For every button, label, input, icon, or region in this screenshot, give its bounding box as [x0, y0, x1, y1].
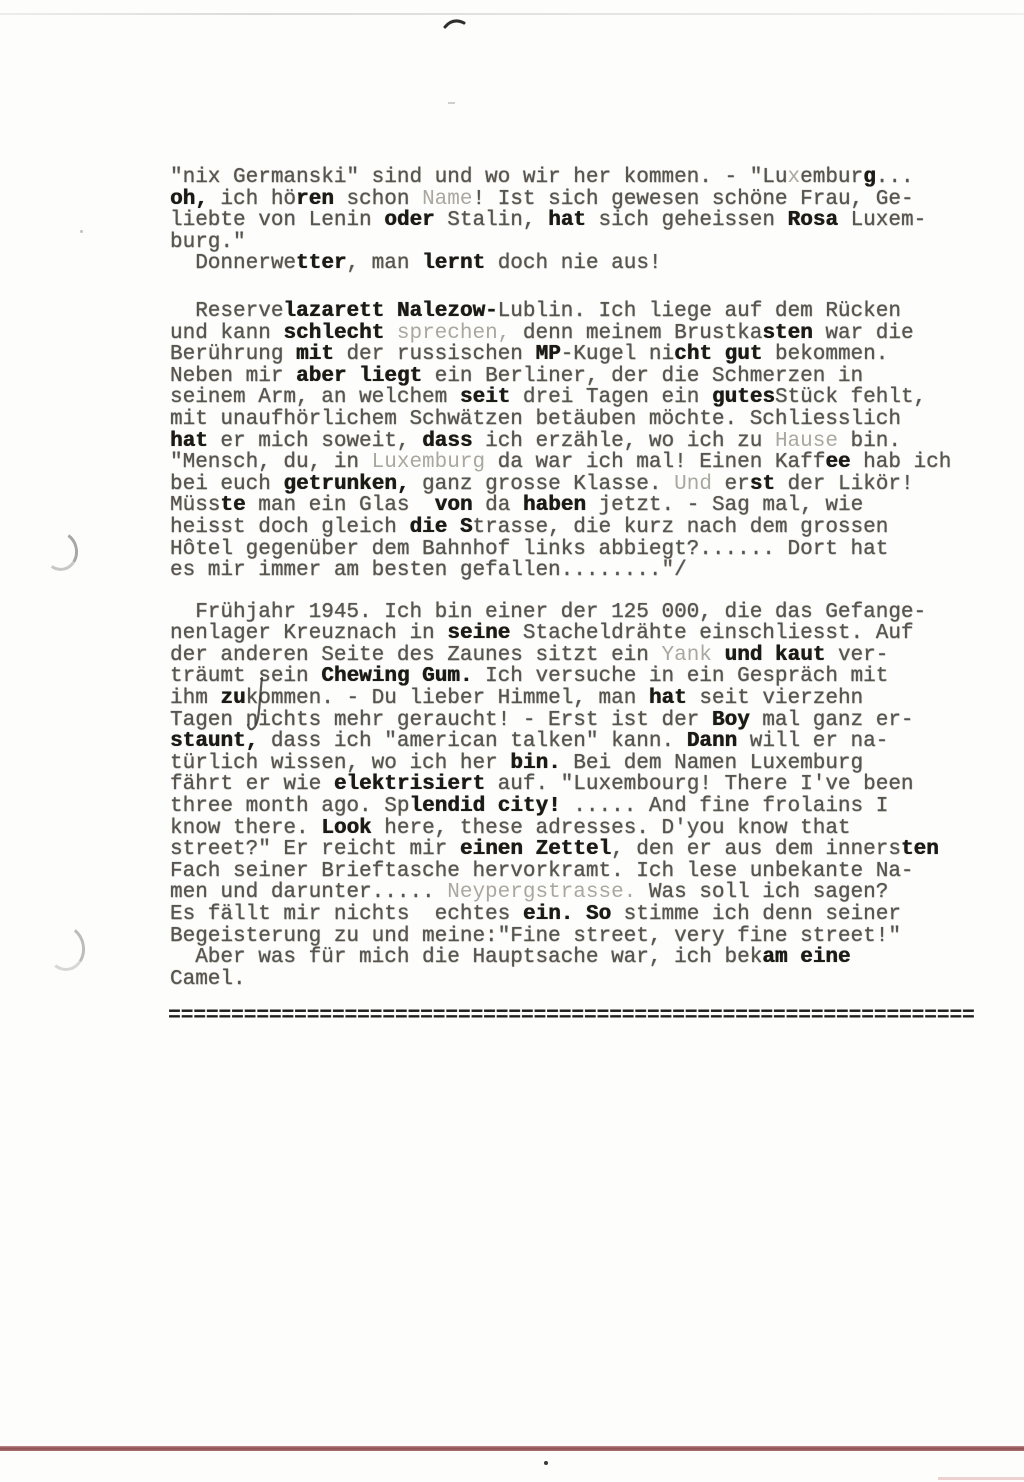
text-segment: drei Tagen ein	[510, 386, 712, 409]
text-segment: ein Berliner, der die Schmerzen in	[422, 365, 863, 388]
text-line: know there. Look here, these adresses. D…	[170, 818, 980, 840]
text-segment: nenlager Kreuznach in	[170, 622, 447, 645]
text-segment: "nix Germanski" sind und wo wir her komm…	[170, 166, 788, 189]
text-segment: ren	[296, 188, 334, 211]
text-segment: ten	[901, 838, 939, 861]
paragraph: Frühjahr 1945. Ich bin einer der 125 000…	[170, 602, 980, 991]
punch-hole-mark	[41, 922, 88, 974]
paragraph: Reservelazarett Nalezow-Lublin. Ich lieg…	[170, 301, 980, 582]
text-segment: ich erzähle, wo ich zu	[472, 430, 774, 453]
text-segment: heisst doch gleich	[170, 516, 409, 539]
text-segment: türlich wissen, wo ich her	[170, 752, 510, 775]
text-segment: bekommen.	[762, 343, 888, 366]
text-segment: seinem Arm, an welchem	[170, 386, 460, 409]
text-segment: Stück fehlt,	[775, 386, 926, 409]
text-line: "nix Germanski" sind und wo wir her komm…	[170, 167, 980, 189]
text-segment: g	[863, 166, 876, 189]
text-line: Tagen nichts mehr geraucht! - Erst ist d…	[170, 710, 980, 732]
text-line: burg."	[170, 232, 980, 254]
text-segment: ganz grosse Klasse.	[409, 473, 674, 496]
scan-speck	[544, 1461, 548, 1465]
text-segment: getrunken,	[283, 473, 409, 496]
text-segment: mit	[296, 343, 334, 366]
text-segment: lernt	[422, 252, 485, 275]
text-line: Frühjahr 1945. Ich bin einer der 125 000…	[170, 602, 980, 624]
text-segment: und kann	[170, 322, 283, 345]
text-line: Berührung mit der russischen MP-Kugel ni…	[170, 344, 980, 366]
text-segment: Luxem-	[838, 209, 926, 232]
text-segment: Chewing Gum.	[321, 665, 472, 688]
text-segment: Berührung	[170, 343, 296, 366]
text-segment: here, these adresses. D'you know that	[372, 817, 851, 840]
text-segment: und kaut	[725, 644, 826, 667]
text-line: bei euch getrunken, ganz grosse Klasse. …	[170, 474, 980, 496]
text-segment: cht gut	[674, 343, 762, 366]
text-segment: hat	[170, 430, 208, 453]
text-segment: Stacheldrähte einschliesst. Auf	[510, 622, 913, 645]
text-line: liebte von Lenin oder Stalin, hat sich g…	[170, 210, 980, 232]
text-segment: street?" Er reicht mir	[170, 838, 460, 861]
text-segment: embur	[800, 166, 863, 189]
text-segment: Stalin,	[435, 209, 548, 232]
text-segment: MP	[535, 343, 560, 366]
text-line: Müsste man ein Glas von da haben jetzt. …	[170, 495, 980, 517]
text-segment: Camel.	[170, 968, 246, 991]
text-segment: haben	[523, 494, 586, 517]
text-segment: der Likör!	[775, 473, 914, 496]
text-line: Neben mir aber liegt ein Berliner, der d…	[170, 366, 980, 388]
punch-hole-mark	[38, 528, 82, 575]
text-segment: oder	[384, 209, 434, 232]
text-line: seinem Arm, an welchem seit drei Tagen e…	[170, 387, 980, 409]
text-segment: stimme ich denn seiner	[611, 903, 901, 926]
text-line: three month ago. Splendid city! ..... An…	[170, 796, 980, 818]
text-segment: x	[788, 166, 801, 189]
text-segment: elektrisiert	[334, 773, 485, 796]
text-segment: am eine	[762, 946, 850, 969]
text-segment: auf. "Luxembourg! There I've been	[485, 773, 913, 796]
text-line: mit unaufhörlichem Schwätzen betäuben mö…	[170, 409, 980, 431]
text-segment: dass	[422, 430, 472, 453]
scan-speck	[80, 230, 83, 233]
text-segment: burg."	[170, 231, 246, 254]
text-line: street?" Er reicht mir einen Zettel, den…	[170, 839, 980, 861]
text-segment: know there.	[170, 817, 321, 840]
text-segment: die S	[409, 516, 472, 539]
text-segment: Boy	[712, 709, 750, 732]
text-segment: seit vierzehn	[687, 687, 863, 710]
text-segment: Was soll ich sagen?	[636, 881, 888, 904]
text-segment: zu	[220, 687, 245, 710]
text-segment: gutes	[712, 386, 775, 409]
text-segment: der russischen	[334, 343, 536, 366]
text-line: Hôtel gegenüber dem Bahnhof links abbieg…	[170, 539, 980, 561]
text-segment: dass ich "american talken" kann.	[258, 730, 686, 753]
text-segment: kommen. - Du lieber Himmel, man	[246, 687, 649, 710]
text-segment: Reserve	[170, 300, 283, 323]
text-line: oh, ich hören schon Name! Ist sich gewes…	[170, 189, 980, 211]
text-segment: Müss	[170, 494, 220, 517]
handwritten-correction-mark	[246, 676, 266, 734]
text-segment: will er na-	[737, 730, 888, 753]
text-line: der anderen Seite des Zaunes sitzt ein Y…	[170, 645, 980, 667]
text-segment: Fach seiner Brieftasche hervorkramt. Ich…	[170, 860, 914, 883]
text-segment: ! Ist sich gewesen schöne Frau, Ge-	[472, 188, 913, 211]
text-line: Reservelazarett Nalezow-Lublin. Ich lieg…	[170, 301, 980, 323]
text-segment: Ich versuche in ein Gespräch mit	[472, 665, 888, 688]
text-line: hat er mich soweit, dass ich erzähle, wo…	[170, 431, 980, 453]
text-segment: bei euch	[170, 473, 283, 496]
scan-top-edge-line	[0, 13, 1024, 15]
text-segment: aber liegt	[296, 365, 422, 388]
text-line: men und darunter..... Neypergstrasse. Wa…	[170, 882, 980, 904]
text-segment: war die	[813, 322, 914, 345]
text-segment: "Mensch, du, in	[170, 451, 372, 474]
text-line: Fach seiner Brieftasche hervorkramt. Ich…	[170, 861, 980, 883]
text-segment: fährt er wie	[170, 773, 334, 796]
text-segment	[712, 644, 725, 667]
text-segment: Luxemburg	[372, 451, 485, 474]
text-segment: , den er aus dem inners	[611, 838, 901, 861]
text-segment: der anderen Seite des Zaunes sitzt ein	[170, 644, 661, 667]
text-segment: denn meinem Brustka	[510, 322, 762, 345]
text-segment: sich geheissen	[586, 209, 788, 232]
text-segment: schlecht	[283, 322, 384, 345]
text-line: Begeisterung zu und meine:"Fine street, …	[170, 926, 980, 948]
paragraph: "nix Germanski" sind und wo wir her komm…	[170, 167, 980, 275]
text-line: Aber was für mich die Hauptsache war, ic…	[170, 947, 980, 969]
text-segment: mal ganz er-	[750, 709, 914, 732]
text-segment: Neben mir	[170, 365, 296, 388]
text-segment: er mich soweit,	[208, 430, 422, 453]
handwritten-tick-mark	[443, 16, 467, 32]
text-segment: , man	[346, 252, 422, 275]
text-segment: staunt,	[170, 730, 258, 753]
text-segment: bin.	[510, 752, 560, 775]
text-segment: Und	[674, 473, 712, 496]
text-segment: trasse, die kurz nach dem grossen	[472, 516, 888, 539]
text-block: "nix Germanski" sind und wo wir her komm…	[170, 167, 980, 990]
text-segment: doch nie aus!	[485, 252, 661, 275]
text-segment: Dann	[687, 730, 737, 753]
text-segment: schon	[334, 188, 422, 211]
text-segment: da war ich mal! Einen Kaff	[485, 451, 825, 474]
text-segment: Donnerwe	[170, 252, 296, 275]
text-line: Camel.	[170, 969, 980, 991]
text-line: Es fällt mir nichts echtes ein. So stimm…	[170, 904, 980, 926]
text-segment: Bei dem Namen Luxemburg	[561, 752, 863, 775]
text-segment: Hôtel gegenüber dem Bahnhof links abbieg…	[170, 538, 888, 561]
text-segment: seit	[460, 386, 510, 409]
text-segment: es mir immer am besten gefallen........"…	[170, 559, 687, 582]
text-segment: seine	[447, 622, 510, 645]
text-segment: tter	[296, 252, 346, 275]
text-segment: men und darunter.....	[170, 881, 447, 904]
text-segment: jetzt. - Sag mal, wie	[586, 494, 863, 517]
text-segment: mit unaufhörlichem Schwätzen betäuben mö…	[170, 408, 901, 431]
divider-line: ========================================…	[168, 1006, 975, 1028]
text-segment: Hause	[775, 430, 838, 453]
text-segment: Rosa	[788, 209, 838, 232]
text-segment: Aber was für mich die Hauptsache war, ic…	[170, 946, 762, 969]
text-segment: Frühjahr 1945. Ich bin einer der 125 000…	[170, 601, 926, 624]
text-segment: sten	[762, 322, 812, 345]
text-segment: ver-	[825, 644, 888, 667]
text-segment: man ein Glas	[246, 494, 435, 517]
text-line: träumt sein Chewing Gum. Ich versuche in…	[170, 666, 980, 688]
text-segment: liebte von Lenin	[170, 209, 384, 232]
text-segment: sprechen,	[397, 322, 510, 345]
scan-bottom-edge-line	[0, 1446, 1024, 1451]
text-segment: te	[220, 494, 245, 517]
text-segment: ee	[825, 451, 850, 474]
text-segment: Es fällt mir nichts echtes	[170, 903, 523, 926]
text-segment: Look	[321, 817, 371, 840]
scan-speck	[448, 102, 455, 104]
text-segment: ihm	[170, 687, 220, 710]
text-line: es mir immer am besten gefallen........"…	[170, 560, 980, 582]
text-line: staunt, dass ich "american talken" kann.…	[170, 731, 980, 753]
text-segment: ..... And fine frolains I	[561, 795, 889, 818]
text-segment: ich hö	[208, 188, 296, 211]
text-segment: hat	[649, 687, 687, 710]
text-line: "Mensch, du, in Luxemburg da war ich mal…	[170, 452, 980, 474]
text-segment: oh,	[170, 188, 208, 211]
scanned-page: "nix Germanski" sind und wo wir her komm…	[0, 0, 1024, 1482]
scan-corner-artifact	[938, 1477, 1024, 1480]
text-segment: bin.	[838, 430, 901, 453]
text-segment: hab ich	[851, 451, 952, 474]
text-segment	[384, 322, 397, 345]
text-segment: er	[712, 473, 750, 496]
text-segment: einen Zettel	[460, 838, 611, 861]
text-line: fährt er wie elektrisiert auf. "Luxembou…	[170, 774, 980, 796]
text-segment: lendid city!	[409, 795, 560, 818]
text-line: türlich wissen, wo ich her bin. Bei dem …	[170, 753, 980, 775]
text-segment: three month ago. Sp	[170, 795, 409, 818]
text-line: Donnerwetter, man lernt doch nie aus!	[170, 253, 980, 275]
text-segment: hat	[548, 209, 586, 232]
text-segment: lazarett Nalezow-	[283, 300, 497, 323]
text-segment: Begeisterung zu und meine:"Fine street, …	[170, 925, 901, 948]
text-line: ihm zukommen. - Du lieber Himmel, man ha…	[170, 688, 980, 710]
text-line: nenlager Kreuznach in seine Stacheldräht…	[170, 623, 980, 645]
text-segment: -Kugel ni	[561, 343, 674, 366]
text-line: heisst doch gleich die Strasse, die kurz…	[170, 517, 980, 539]
text-segment: ein. So	[523, 903, 611, 926]
text-line: und kann schlecht sprechen, denn meinem …	[170, 323, 980, 345]
text-segment: Yank	[661, 644, 711, 667]
text-segment: da	[472, 494, 522, 517]
text-segment: Neypergstrasse.	[447, 881, 636, 904]
text-segment: Name	[422, 188, 472, 211]
text-segment: ...	[876, 166, 914, 189]
text-segment: Lublin. Ich liege auf dem Rücken	[498, 300, 901, 323]
text-segment: st	[750, 473, 775, 496]
text-segment: von	[435, 494, 473, 517]
